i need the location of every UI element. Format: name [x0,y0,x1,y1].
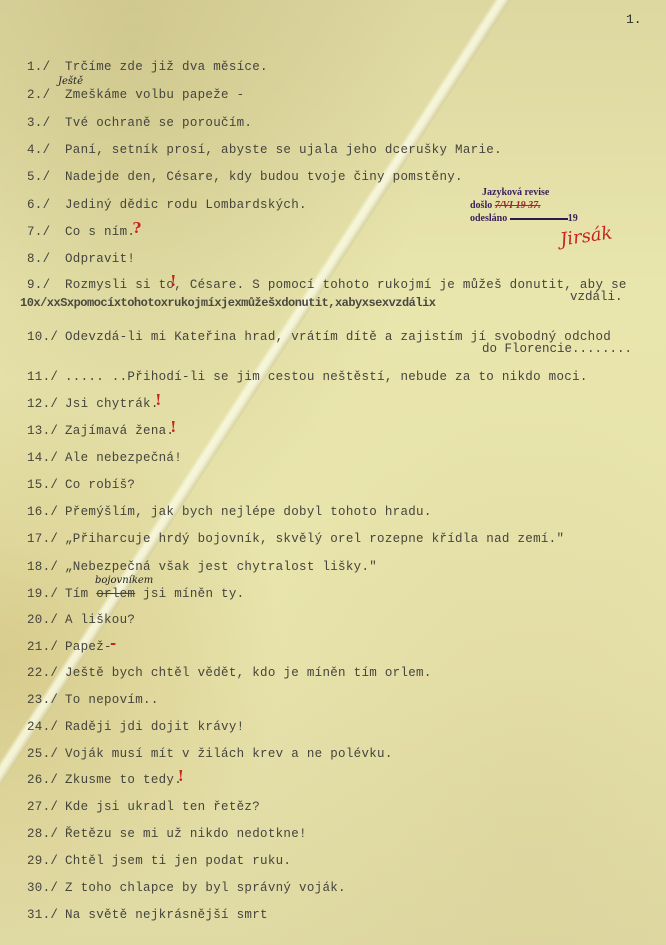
struck-word: orlem [96,587,135,601]
line-number: 20./ [27,613,65,627]
script-line: 4./Paní, setník prosí, abyste se ujala j… [27,143,502,157]
line-number: 19./ [27,587,65,601]
red-correction-mark: - [110,634,116,652]
line-number: 18./ [27,560,65,574]
script-line: 31./Na světě nejkrásnější smrt [27,908,268,922]
line-number: 25./ [27,747,65,761]
line-number: 4./ [27,143,65,157]
stamp-received-label: došlo [470,200,492,211]
line-text: Paní, setník prosí, abyste se ujala jeho… [65,143,502,157]
line-text: Na světě nejkrásnější smrt [65,908,268,922]
red-correction-mark: ? [133,219,142,237]
line-number: 1./ [27,60,65,74]
script-line: 6./Jediný dědic rodu Lombardských. [27,198,307,212]
line-continuation: do Florencie........ [482,342,632,356]
line-number: 24./ [27,720,65,734]
line-text: Ještě bych chtěl vědět, kdo je míněn tím… [65,666,432,680]
line-number: 30./ [27,881,65,895]
script-line: 16./Přemýšlím, jak bych nejlépe dobyl to… [27,505,432,519]
script-line: 9./Rozmysli si to, Césare. S pomocí toho… [27,278,627,292]
line-text: Tvé ochraně se poroučím. [65,116,252,130]
script-line: 18./„Nebezpečná však jest chytralost liš… [27,560,377,574]
line-number: 28./ [27,827,65,841]
red-correction-mark: ! [178,767,185,785]
line-text: To nepovím.. [65,693,159,707]
line-text: Raději jdi dojit krávy! [65,720,244,734]
handwritten-insertion: Ještě [58,76,83,87]
line-number: 11./ [27,370,65,384]
line-number: 6./ [27,198,65,212]
script-line: 15./Co robíš? [27,478,135,492]
script-line: 5./Nadejde den, Césare, kdy budou tvoje … [27,170,463,184]
script-line: 12./Jsi chytrák. [27,397,159,411]
line-text: Z toho chlapce by byl správný voják. [65,881,346,895]
script-line: 11./..... ..Přihodí-li se jim cestou neš… [27,370,588,384]
script-line: 2./Zmeškáme volbu papeže - [27,88,244,102]
script-line: 23./To nepovím.. [27,693,159,707]
line-number: 27./ [27,800,65,814]
line-number: 12./ [27,397,65,411]
script-line: 13./Zajímavá žena. [27,424,174,438]
reviewer-signature: Jirsák [559,222,614,250]
line-text: A liškou? [65,613,135,627]
line-text: Řetězu se mi už nikdo nedotkne! [65,827,307,841]
red-correction-mark: ! [155,391,162,409]
line-text: Co s ním. [65,225,135,239]
line-text: „Přiharcuje hrdý bojovník, skvělý orel r… [65,532,564,546]
script-line: 26./Zkusme to tedy. [27,773,182,787]
line-text: Rozmysli si to, Césare. S pomocí tohoto … [65,278,627,292]
line-text: Trčíme zde již dva měsíce. [65,60,268,74]
stamp-sent-value: 19 [568,213,578,224]
line-number: 2./ [27,88,65,102]
line-continuation: vzdáli. [570,290,623,304]
line-text: Ale nebezpečná! [65,451,182,465]
line-text: Tím orlem jsi míněn ty. [65,587,244,601]
script-line: 20./A liškou? [27,613,135,627]
line-text: ..... ..Přihodí-li se jim cestou neštěst… [65,370,588,384]
script-line: 1./Trčíme zde již dva měsíce. [27,60,268,74]
line-text: Kde jsi ukradl ten řetěz? [65,800,260,814]
line-number: 3./ [27,116,65,130]
line-number: 16./ [27,505,65,519]
line-text: Jediný dědic rodu Lombardských. [65,198,307,212]
line-text: Voják musí mít v žilách krev a ne polévk… [65,747,393,761]
line-number: 7./ [27,225,65,239]
script-line: 14./Ale nebezpečná! [27,451,182,465]
red-correction-mark: ! [170,272,177,290]
script-line: 28./Řetězu se mi už nikdo nedotkne! [27,827,307,841]
line-text: Jsi chytrák. [65,397,159,411]
line-number: 26./ [27,773,65,787]
script-line: 27./Kde jsi ukradl ten řetěz? [27,800,260,814]
line-number: 22./ [27,666,65,680]
line-number: 15./ [27,478,65,492]
line-text: Odpravit! [65,252,135,266]
handwritten-insertion: bojovníkem [95,575,153,586]
line-number: 13./ [27,424,65,438]
script-line: 7./Co s ním. [27,225,135,239]
line-number: 10./ [27,330,65,344]
script-line: 21./Papež- [27,640,112,654]
line-number: 9./ [27,278,65,292]
line-text: Zmeškáme volbu papeže - [65,88,244,102]
script-line: 19./Tím orlem jsi míněn ty. [27,587,244,601]
line-text: Papež- [65,640,112,654]
stamp-sent-blank [510,218,568,220]
language-review-stamp: Jazyková revise došlo 7/VI 19 37. odeslá… [470,186,578,225]
line-number: 31./ [27,908,65,922]
struck-out-line: 10x/xxSxpomocíxtohotoxrukojmíxjexmůžešxd… [20,296,435,310]
line-text: Chtěl jsem ti jen podat ruku. [65,854,291,868]
line-number: 5./ [27,170,65,184]
line-number: 23./ [27,693,65,707]
page-number: 1. [626,12,642,27]
line-text: Přemýšlím, jak bych nejlépe dobyl tohoto… [65,505,432,519]
line-number: 14./ [27,451,65,465]
script-line: 3./Tvé ochraně se poroučím. [27,116,252,130]
line-text: Zkusme to tedy. [65,773,182,787]
line-text: Co robíš? [65,478,135,492]
line-number: 17./ [27,532,65,546]
red-correction-mark: ! [170,418,177,436]
stamp-sent-label: odesláno [470,213,507,224]
line-text: Zajímavá žena. [65,424,174,438]
script-line: 29./Chtěl jsem ti jen podat ruku. [27,854,291,868]
line-text: „Nebezpečná však jest chytralost lišky." [65,560,377,574]
script-line: 30./Z toho chlapce by byl správný voják. [27,881,346,895]
stamp-received-value: 7/VI 19 37. [495,200,541,211]
script-line: 17./„Přiharcuje hrdý bojovník, skvělý or… [27,532,564,546]
line-number: 29./ [27,854,65,868]
script-line: 25./Voják musí mít v žilách krev a ne po… [27,747,393,761]
line-text: Nadejde den, Césare, kdy budou tvoje čin… [65,170,463,184]
script-line: 22./Ještě bych chtěl vědět, kdo je míněn… [27,666,432,680]
script-line: 24./Raději jdi dojit krávy! [27,720,244,734]
stamp-title: Jazyková revise [470,186,578,199]
script-line: 8./Odpravit! [27,252,135,266]
line-number: 8./ [27,252,65,266]
line-number: 21./ [27,640,65,654]
